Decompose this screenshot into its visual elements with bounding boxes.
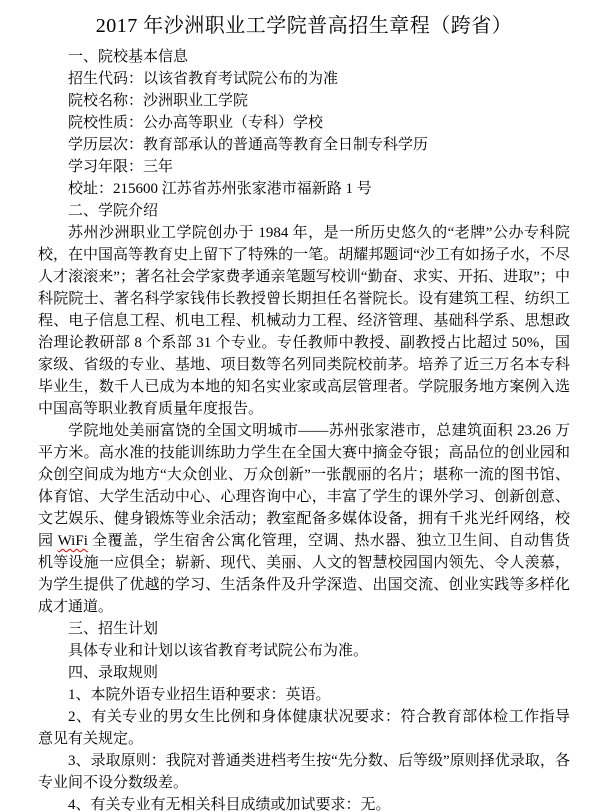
document-page: 2017 年沙洲职业工学院普高招生章程（跨省） 一、院校基本信息 招生代码：以该… [0,0,606,812]
line-address: 校址：215600 江苏省苏州张家港市福新路 1 号 [38,178,570,200]
rule-3-principle: 3、录取原则：我院对普通类进档考生按“先分数、后等级”原则择优录取，各专业间不设… [38,750,570,794]
line-study-years: 学习年限：三年 [38,156,570,178]
paragraph-history: 苏州沙洲职业工学院创办于 1984 年，是一所历史悠久的“老牌”公办专科院校，在… [38,222,570,420]
campus-text-post: 全覆盖，学生宿舍公寓化管理，空调、热水器、独立卫生间、自动售货机等设施一应俱全；… [38,533,570,615]
section-heading-enrollment-plan: 三、招生计划 [38,618,570,640]
line-education-level: 学历层次：教育部承认的普通高等教育全日制专科学历 [38,134,570,156]
section-heading-admission-rules: 四、录取规则 [38,662,570,684]
rule-2-health: 2、有关专业的男女生比例和身体健康状况要求：符合教育部体检工作指导意见有关规定。 [38,706,570,750]
wifi-spellcheck-word: WiFi [58,533,88,549]
line-school-type: 院校性质：公办高等职业（专科）学校 [38,112,570,134]
document-title: 2017 年沙洲职业工学院普高招生章程（跨省） [38,11,570,41]
rule-1-language: 1、本院外语专业招生语种要求：英语。 [38,684,570,706]
line-school-name: 院校名称：沙洲职业工学院 [38,90,570,112]
line-admission-code: 招生代码：以该省教育考试院公布的为准 [38,68,570,90]
rule-4-extra-tests: 4、有关专业有无相关科目成绩或加试要求：无。 [38,794,570,812]
campus-text-pre: 学院地处美丽富饶的全国文明城市——苏州张家港市，总建筑面积 23.26 万平方米… [38,423,570,549]
section-heading-introduction: 二、学院介绍 [38,200,570,222]
section-heading-basic-info: 一、院校基本信息 [38,46,570,68]
paragraph-campus: 学院地处美丽富饶的全国文明城市——苏州张家港市，总建筑面积 23.26 万平方米… [38,420,570,618]
line-plan-note: 具体专业和计划以该省教育考试院公布为准。 [38,640,570,662]
